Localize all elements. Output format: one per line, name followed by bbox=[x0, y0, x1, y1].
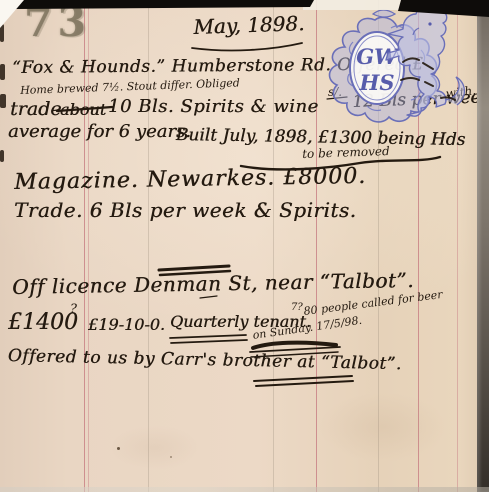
talbot-underline-2 bbox=[256, 381, 353, 386]
paper-stain bbox=[110, 425, 200, 470]
date-underline bbox=[192, 43, 302, 50]
entry1-line1: “Fox & Hounds.” Humberstone Rd. Offered … bbox=[12, 56, 424, 77]
edge-ink-fragment bbox=[0, 150, 4, 162]
st-underline bbox=[200, 296, 217, 298]
edge-ink-fragment bbox=[0, 94, 6, 108]
entry2-line2: Trade. 6 Bls per week & Spirits. bbox=[14, 200, 356, 220]
entry3-price: £1400 bbox=[8, 312, 78, 334]
quarterly-underline-1 bbox=[170, 335, 246, 338]
edge-ink-fragment bbox=[0, 24, 4, 42]
entry1-line2-end: 12 Bls per week. bbox=[352, 89, 489, 111]
entry1-interline-note: Home brewed 7½. Stout differ. Obliged bbox=[20, 77, 240, 96]
entry1-line3-note: to be removed bbox=[302, 145, 390, 160]
talbot-underline-1 bbox=[254, 376, 352, 381]
entry1-line2-superscript: s/. bbox=[328, 86, 342, 98]
paper-stain bbox=[318, 392, 448, 462]
crossed-out-scribble bbox=[253, 343, 336, 348]
top-edge-bar-right bbox=[398, 0, 489, 17]
ledger-page-photo: 73 May, 1898. “Fox & Hounds.” Humberston… bbox=[0, 0, 489, 492]
entry1-line3a: average for 6 years. bbox=[8, 123, 191, 141]
entry3-line1: Off licence Denman St, near “Talbot”. bbox=[12, 270, 414, 297]
entry1-line2-struck-word: about bbox=[60, 102, 106, 118]
column-rule-red-3 bbox=[457, 0, 458, 492]
page-number: 73 bbox=[24, 2, 91, 43]
entry1-line2-mid: 10 Bls. Spirits & wine bbox=[108, 98, 319, 116]
quarterly-underline-2 bbox=[171, 340, 247, 343]
ink-speck bbox=[117, 447, 120, 450]
entry3-line3: Offered to us by Carr's brother at “Talb… bbox=[8, 348, 402, 373]
page-edge-shadow bbox=[477, 0, 489, 492]
bottom-edge bbox=[0, 487, 489, 492]
entry2-line1: Magazine. Newarkes. £8000. bbox=[14, 166, 366, 194]
entry-date: May, 1898. bbox=[193, 13, 305, 37]
ink-speck bbox=[170, 456, 172, 458]
separator-line-1 bbox=[159, 266, 229, 270]
stamp-lion-eye bbox=[428, 22, 431, 25]
entry3-rent: £19-10-0. bbox=[88, 317, 165, 333]
edge-ink-fragment bbox=[0, 64, 5, 80]
entry1-line2-start: trade bbox=[10, 100, 61, 119]
entry3-price-query: ? bbox=[70, 303, 77, 316]
